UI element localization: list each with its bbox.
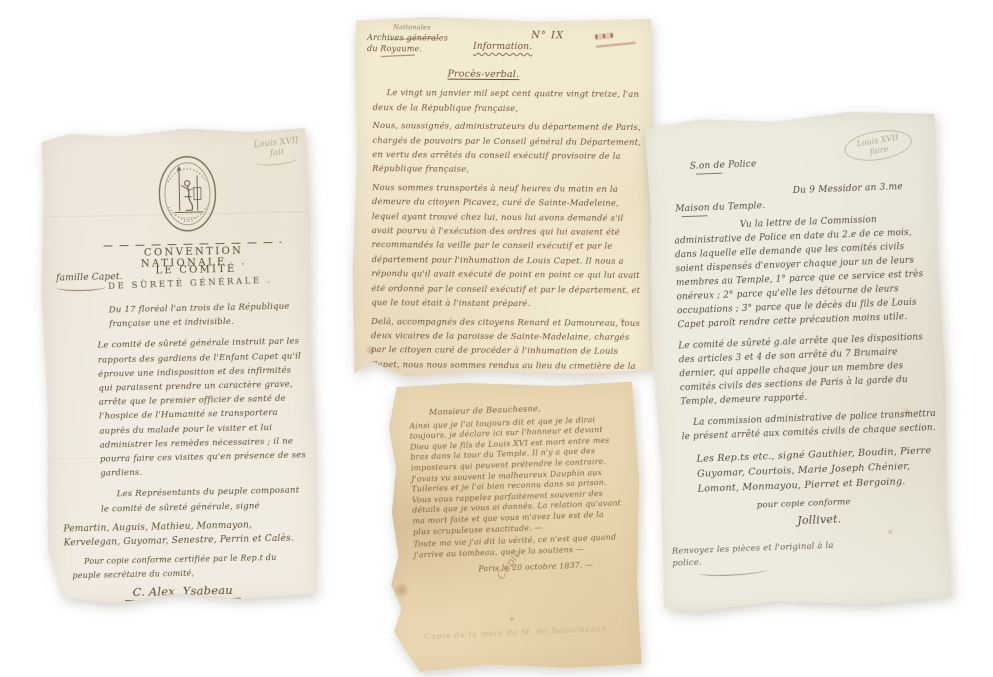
manuscript-paragraph: Delà, accompagnés des citoyens Renard et… xyxy=(370,314,640,380)
footnote-flourish xyxy=(699,565,769,577)
pencil-annotation-bottom: Copie de la main de M. de Beauchesne xyxy=(389,622,642,642)
committee-title-line: DE SÛRETÉ GÉNÉRALE . xyxy=(100,275,280,292)
red-archive-stamp-icon: ▮▯▮▯▮ xyxy=(595,30,636,48)
foxing-spot xyxy=(395,581,409,599)
location-label-text: Maison du Temple. xyxy=(675,201,765,214)
document-title: Procès-verbal. xyxy=(353,67,614,83)
manuscript-paragraph: Le vingt un janvier mil sept cent quatre… xyxy=(373,85,642,116)
signature-text: C. Alex. Ysabeau xyxy=(124,582,241,600)
document-police-arrete: Louis XVII faire S.on de Police Du 9 Mes… xyxy=(642,107,955,615)
dateline: Du 9 Messidor an 3.me xyxy=(793,182,903,196)
photograph-of-four-manuscripts: Louis XVII fait xyxy=(0,0,993,677)
archive-note-line: du Royaume. xyxy=(367,43,448,55)
seated-republic-seal-icon xyxy=(156,153,220,236)
document-beauchesne-letter: Monsieur de Beauchesne, Ainsi que je l'a… xyxy=(386,379,642,673)
location-label: Maison du Temple. xyxy=(675,201,765,217)
foxing-spot xyxy=(509,616,515,622)
manuscript-paragraph: Le comité de sûreté g.ale arrête que les… xyxy=(678,330,935,409)
manuscript-paragraph: La commission administrative de police t… xyxy=(681,407,937,444)
manuscript-paragraph: Ainsi que je l'ai toujours dit et que je… xyxy=(409,414,624,538)
section-label: S.on de Police xyxy=(690,159,757,174)
document-convention-arrest: Louis XVII fait xyxy=(37,123,319,607)
paper-sheet: Nationales Archives générales du Royaume… xyxy=(351,15,655,380)
manuscript-body: Du 17 floréal l'an trois de la Républiqu… xyxy=(41,299,319,607)
manuscript-body: Vu la lettre de la Commission administra… xyxy=(646,211,954,579)
paper-sheet: Louis XVII fait xyxy=(37,123,319,607)
manuscript-paragraph: Vu la lettre de la Commission administra… xyxy=(674,211,933,332)
margin-note: famille Capet. xyxy=(56,272,123,291)
manuscript-paragraph: Nous, soussignés, administrateurs du dép… xyxy=(372,118,641,178)
archive-insert-note: Nationales xyxy=(393,23,431,31)
margin-note-text: famille Capet. xyxy=(56,272,123,283)
note-flourish xyxy=(682,215,708,217)
signatories: Pemartin, Auguis, Mathieu, Monmayon, Ker… xyxy=(63,517,306,550)
archive-note: Archives générales du Royaume. xyxy=(367,32,448,57)
manuscript-paragraph: Nous sommes transportés à neuf heures du… xyxy=(371,180,641,312)
paper-sheet: Monsieur de Beauchesne, Ainsi que je l'a… xyxy=(386,379,642,673)
section-label-text: S.on de Police xyxy=(690,159,757,171)
manuscript-body: Procès-verbal. Le vingt un janvier mil s… xyxy=(351,67,654,380)
document-proces-verbal: Nationales Archives générales du Royaume… xyxy=(351,15,655,380)
dateline: Du 17 floréal l'an trois de la Républiqu… xyxy=(109,300,296,332)
manuscript-paragraph: Le comité de sûreté générale instruit pa… xyxy=(97,335,310,481)
document-number: N° IX xyxy=(531,30,564,41)
paper-sheet: Louis XVII faire S.on de Police Du 9 Mes… xyxy=(642,107,955,615)
footnote: Renvoyez les pièces et l'original à la p… xyxy=(672,539,843,569)
margin-note-flourish xyxy=(56,282,106,291)
pencil-annotation: Louis XVII faire xyxy=(842,126,914,165)
certification-line: Pour copie conforme certifiée par le Rep… xyxy=(72,551,303,584)
signature: C. Alex. Ysabeau xyxy=(47,581,319,601)
signatories: Les Rep.ts etc., signé Gauthier, Boudin,… xyxy=(696,443,940,497)
note-flourish xyxy=(381,54,415,57)
pencil-annotation: Louis XVII fait xyxy=(253,136,301,168)
classification-label: Information. xyxy=(473,42,532,52)
note-flourish xyxy=(696,173,722,175)
manuscript-paragraph: Les Représentants du peuple composant le… xyxy=(101,484,306,517)
